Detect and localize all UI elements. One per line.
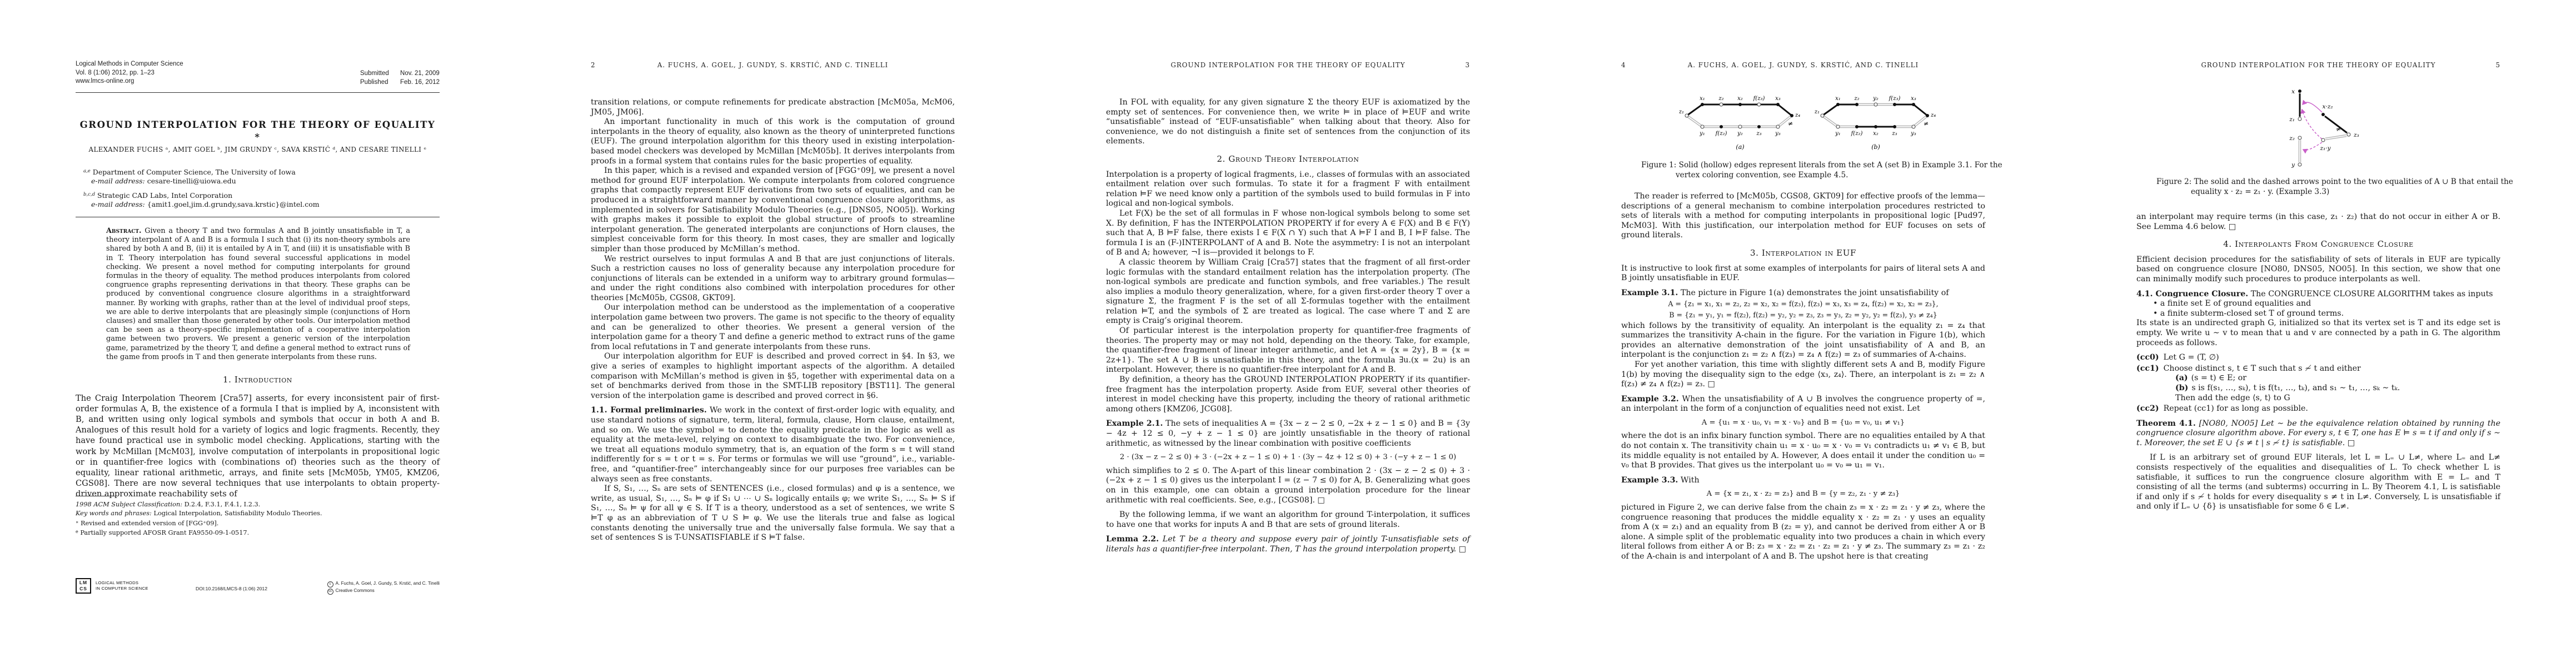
cc2-step: (cc2)Repeat (cc1) for as long as possibl… <box>2136 404 2500 414</box>
cc-text: Creative Commons <box>336 588 375 593</box>
disequality-icon: ≠ <box>1924 120 1929 127</box>
cc1-then: Then add the edge ⟨s, t⟩ to G <box>2136 394 2500 404</box>
lmcs-logo-lm: LM <box>77 580 90 586</box>
abstract-rule <box>76 217 440 217</box>
vertex-x-z2 <box>2321 113 2325 116</box>
submission-dates: SubmittedNov. 21, 2009 PublishedFeb. 16,… <box>360 69 440 87</box>
cc-line: ccCreative Commons <box>327 588 440 595</box>
vertex-label: y₃ <box>1775 131 1781 137</box>
vertex-y3 <box>1912 125 1915 128</box>
vertex-x2 <box>1874 125 1877 128</box>
vertex-z4 <box>1790 114 1793 117</box>
document-canvas: { "colors": {"ink": "#1a1a1a", "edge_gra… <box>0 0 2576 667</box>
section-heading-1: 1. Introduction <box>76 375 440 385</box>
paragraph: Let F(X) be the set of all formulas in F… <box>1106 209 1470 258</box>
vertex-label: z₁ <box>1679 109 1684 115</box>
paragraph: By the following lemma, if we want an al… <box>1106 510 1470 530</box>
vertex-fz3 <box>1757 103 1761 106</box>
vertex-label: x₂ <box>1873 131 1879 137</box>
vertex-x3 <box>1776 103 1780 106</box>
example-3-3-text: With <box>1681 476 1700 485</box>
vertex-y2 <box>1738 125 1742 128</box>
bullet-text: a finite set E of ground equalities and <box>2160 299 2311 308</box>
vertex-fz3 <box>1893 103 1896 106</box>
affil-2-mark: b,c,d <box>83 192 95 197</box>
cc1-label: (cc1) <box>2136 364 2159 373</box>
section-heading-2: 2. Ground Theory Interpolation <box>1106 155 1470 165</box>
doi-text[interactable]: DOI:10.2168/LMCS-8 (1:06) 2012 <box>196 586 267 591</box>
vertex-label: z₃ <box>1756 131 1761 137</box>
vertex-label: z₂ <box>1853 96 1859 102</box>
bullet-icon: • <box>2153 299 2158 308</box>
authors-line: ALEXANDER FUCHS ᵃ, AMIT GOEL ᵇ, JIM GRUN… <box>76 146 440 153</box>
vertex-z2 <box>1855 103 1858 106</box>
affil-1-text: Department of Computer Science, The Univ… <box>93 168 296 176</box>
cc0-label: (cc0) <box>2136 353 2159 362</box>
vertex-x2 <box>1738 103 1742 106</box>
affil-1-mark: a,e <box>83 168 91 174</box>
cc1a-label: (a) <box>2175 374 2188 382</box>
vertex-label: f(z₃) <box>1753 96 1765 102</box>
paragraph: It is instructive to look first at some … <box>1621 264 1985 283</box>
cc2-label: (cc2) <box>2136 404 2159 413</box>
footnote-grant-text: Partially supported AFOSR Grant FA9550-0… <box>80 529 249 536</box>
vertex-y <box>2298 163 2301 166</box>
abstract-text: Given a theory T and two formulas A and … <box>106 227 410 361</box>
subsection-1-1-text: We work in the context of first-order lo… <box>591 406 955 483</box>
paragraph: In FOL with equality, for any given sign… <box>1106 98 1470 147</box>
figure-2-caption: Figure 2: The solid and the dashed arrow… <box>2136 177 2524 197</box>
paragraph: The reader is referred to [McM05b, CGS08… <box>1621 192 1985 241</box>
footnote-e-mark: e <box>76 529 78 534</box>
affil-2-text: Strategic CAD Labs, Intel Corporation <box>97 191 232 200</box>
email-1: e-mail address: cesare-tinelli@uiowa.edu <box>83 177 439 186</box>
page-number: 5 <box>2495 61 2500 69</box>
figure-1b-tag: (b) <box>1871 143 1880 151</box>
footnote-rule <box>76 496 116 496</box>
figure-1b-graph: x₁ z₂ y₂ f(z₃) x₃ z₁ z₄ y₁ f(z₂) x₂ z₃ y… <box>1815 94 1941 152</box>
disequality-icon: ≠ <box>2336 126 2341 133</box>
paragraph: Its state is an undirected graph G, init… <box>2136 318 2500 348</box>
vertex-x1 <box>1836 103 1840 106</box>
vertex-x3 <box>1912 103 1915 106</box>
paragraph: which simplifies to 2 ≤ 0. The A-part of… <box>1106 466 1470 505</box>
vertex-fz2 <box>1855 125 1858 128</box>
subsection-1-1-label: 1.1. Formal preliminaries. <box>591 406 707 415</box>
figure-1: x₁ z₂ x₂ f(z₃) x₃ z₁ z₄ y₁ f(z₂) y₂ z₃ y… <box>1621 94 1985 157</box>
vertex-label: z₄ <box>1930 112 1936 118</box>
cc1b-step: (b)s is f(s₁, …, sₖ), t is f(t₁, …, tₖ),… <box>2136 384 2500 394</box>
email-2: e-mail address: {amit1.goel,jim.d.grundy… <box>83 200 439 209</box>
example-3-2-label: Example 3.2. <box>1621 395 1679 404</box>
abstract-label: Abstract. <box>106 227 142 235</box>
footnote-keywords-text: Logical Interpolation, Satisfiability Mo… <box>153 510 322 517</box>
body-column: an interpolant may require terms (in thi… <box>2136 212 2500 512</box>
vertex-z3 <box>1893 125 1896 128</box>
lemma-2-2-label: Lemma 2.2. <box>1106 535 1159 544</box>
email-2-address[interactable]: {amit1.goel,jim.d.grundy,sava.krstic}@in… <box>147 200 320 208</box>
paragraph: which follows by the transitivity of equ… <box>1621 321 1985 360</box>
journal-footer: LM CS LOGICAL METHODS IN COMPUTER SCIENC… <box>76 578 440 600</box>
disequality-icon: ≠ <box>1788 120 1793 127</box>
vertex-label: x₃ <box>1911 96 1916 102</box>
footnote-acm-text: D.2.4, F.3.1, F.4.1, I.2.3. <box>185 501 261 508</box>
affiliations: a,e Department of Computer Science, The … <box>83 162 439 209</box>
display-equation: A = {x = z₁, x · z₂ = z₃} and B = {y = z… <box>1621 489 1985 499</box>
vertex-fz2 <box>1720 125 1723 128</box>
vertex-z1 <box>1821 114 1824 117</box>
page-1: Logical Methods in Computer Science Vol.… <box>0 0 515 667</box>
vertex-label: x₃ <box>1775 96 1781 102</box>
paragraph: Our interpolation algorithm for EUF is d… <box>591 352 955 401</box>
vertex-label: x·z₂ <box>2322 103 2333 110</box>
vertex-x <box>2298 89 2301 93</box>
figure-1a-tag: (a) <box>1736 143 1744 151</box>
journal-name: Logical Methods in Computer Science <box>76 60 440 69</box>
lemma-2-2: Lemma 2.2. Let T be a theory and suppose… <box>1106 535 1470 554</box>
email-1-address[interactable]: cesare-tinelli@uiowa.edu <box>147 177 236 185</box>
vertex-x1 <box>1701 103 1704 106</box>
example-2-1-label: Example 2.1. <box>1106 419 1163 428</box>
cc0-step: (cc0)Let G = (T, ∅) <box>2136 353 2500 363</box>
vertex-z3 <box>1757 125 1761 128</box>
footnote-keywords: Key words and phrases: Logical Interpola… <box>76 509 440 518</box>
cc1b-text: s is f(s₁, …, sₖ), t is f(t₁, …, tₖ), an… <box>2191 384 2400 392</box>
display-equation: A = {z₁ = x₁, x₁ = z₂, z₂ = x₂, x₂ = f(z… <box>1621 299 1985 309</box>
vertex-label: y₁ <box>1699 131 1705 137</box>
lmcs-wordmark-line2: IN COMPUTER SCIENCE <box>96 586 148 591</box>
example-2-1: Example 2.1. The sets of inequalities A … <box>1106 419 1470 449</box>
header-rule <box>76 92 440 93</box>
paragraph: Of particular interest is the interpolat… <box>1106 326 1470 375</box>
vertex-y1 <box>1701 125 1704 128</box>
cc1a-step: (a)(s = t) ∈ E; or <box>2136 374 2500 384</box>
theorem-4-1-label: Theorem 4.1. <box>2136 419 2196 428</box>
vertex-label: f(z₃) <box>1889 96 1901 102</box>
cc0-text: Let G = (T, ∅) <box>2164 353 2219 362</box>
published-date: Feb. 16, 2012 <box>400 78 440 87</box>
example-3-3: Example 3.3. With <box>1621 476 1985 486</box>
paragraph: We restrict ourselves to input formulas … <box>591 255 955 303</box>
dashed-arrow <box>2303 142 2322 150</box>
abstract: Abstract. Given a theory T and two formu… <box>106 227 410 362</box>
section-heading-4: 4. Interpolants From Congruence Closure <box>2136 240 2500 250</box>
page-4: 4 A. FUCHS, A. GOEL, J. GUNDY, S. KRSTIĆ… <box>1546 0 2061 667</box>
vertex-label: y₃ <box>1910 131 1916 137</box>
published-label: Published <box>360 78 400 87</box>
footnote-acm-label: 1998 ACM Subject Classification: <box>76 501 182 508</box>
paper-title: GROUND INTERPOLATION FOR THE THEORY OF E… <box>76 120 440 141</box>
paragraph: where the dot is an infix binary functio… <box>1621 431 1985 470</box>
affiliation-2: b,c,d Strategic CAD Labs, Intel Corporat… <box>83 190 439 200</box>
running-head-text: GROUND INTERPOLATION FOR THE THEORY OF E… <box>2136 61 2500 69</box>
figure-2-graph: x z₁ x·z₂ z₃ z₂ z₁·y y ≠ <box>2272 83 2389 171</box>
page-number: 3 <box>1465 61 1470 69</box>
vertex-label: z₃ <box>1891 131 1897 137</box>
subsection-4-1: 4.1. Congruence Closure. The CONGRUENCE … <box>2136 290 2500 300</box>
example-3-1: Example 3.1. The picture in Figure 1(a) … <box>1621 288 1985 298</box>
footnote-star-mark: ∗ <box>76 520 78 525</box>
subsection-4-1-label: 4.1. Congruence Closure. <box>2136 290 2248 298</box>
footnotes: 1998 ACM Subject Classification: D.2.4, … <box>76 500 440 537</box>
vertex-z2 <box>2298 136 2301 140</box>
footnote-grant: e Partially supported AFOSR Grant FA9550… <box>76 527 440 537</box>
bullet-item: • a finite subterm-closed set T of groun… <box>2136 309 2500 319</box>
copyright-icon: c <box>327 581 333 588</box>
example-3-3-label: Example 3.3. <box>1621 476 1678 485</box>
example-3-1-label: Example 3.1. <box>1621 288 1678 297</box>
vertex-z3 <box>2347 133 2350 136</box>
vertex-z2 <box>1720 103 1723 106</box>
copyright-line: cA. Fuchs, A. Goel, J. Gundy, S. Krstić,… <box>327 580 440 588</box>
email-1-label: e-mail address: <box>91 177 145 185</box>
cc1-text: Choose distinct s, t ∈ T such that s ≁ t… <box>2164 364 2361 373</box>
page-3: GROUND INTERPOLATION FOR THE THEORY OF E… <box>1030 0 1546 667</box>
vertex-label: z₃ <box>2353 132 2359 138</box>
footnote-acm: 1998 ACM Subject Classification: D.2.4, … <box>76 500 440 509</box>
paragraph: pictured in Figure 2, we can derive fals… <box>1621 503 1985 562</box>
vertex-label: y₂ <box>1872 96 1879 102</box>
paragraph: For yet another variation, this time wit… <box>1621 360 1985 390</box>
affiliation-1: a,e Department of Computer Science, The … <box>83 167 439 177</box>
running-head-text: A. FUCHS, A. GOEL, J. GUNDY, S. KRSTIĆ, … <box>591 61 955 69</box>
lmcs-wordmark: LOGICAL METHODS IN COMPUTER SCIENCE <box>96 580 148 591</box>
theorem-4-1: Theorem 4.1. [NO80, NO05] Let ∼ be the e… <box>2136 419 2500 449</box>
vertex-label: z₄ <box>1795 112 1800 118</box>
vertex-label: z₂ <box>2289 135 2295 142</box>
bullet-text: a finite subterm-closed set T of ground … <box>2160 309 2344 318</box>
vertex-label: z₁·y <box>2319 145 2331 152</box>
paragraph: Efficient decision procedures for the sa… <box>2136 255 2500 285</box>
vertex-label: z₁ <box>2289 116 2295 123</box>
cc1b-label: (b) <box>2175 384 2188 392</box>
vertex-label: z₂ <box>1718 96 1723 102</box>
display-equation: B = {z₁ = y₁, y₁ = f(z₂), f(z₂) = y₂, y₂… <box>1621 310 1985 320</box>
vertex-label: x₂ <box>1737 96 1743 102</box>
running-head-text: A. FUCHS, A. GOEL, J. GUNDY, S. KRSTIĆ, … <box>1621 61 1985 69</box>
lmcs-wordmark-line1: LOGICAL METHODS <box>96 580 148 586</box>
vertex-label: y₁ <box>1835 131 1841 137</box>
example-3-1-text: The picture in Figure 1(a) demonstrates … <box>1681 288 1949 297</box>
vertex-label: z₁ <box>1815 109 1820 115</box>
vertex-z4 <box>1926 114 1929 117</box>
paragraph: An important functionality in much of th… <box>591 117 955 166</box>
solid-arrow <box>2303 102 2322 112</box>
example-3-2: Example 3.2. When the unsatisfiability o… <box>1621 395 1985 414</box>
section-heading-3: 3. Interpolation in EUF <box>1621 248 1985 258</box>
lemma-2-2-text: Let T be a theory and suppose every pair… <box>1106 535 1470 554</box>
display-equation: 2 · (3x − z − 2 ≤ 0) + 3 · (−2x + z − 1 … <box>1106 452 1470 462</box>
subsection-1-1: 1.1. Formal preliminaries. We work in th… <box>591 406 955 484</box>
bullet-item: • a finite set E of ground equalities an… <box>2136 299 2500 309</box>
vertex-label: f(z₂) <box>1715 131 1727 137</box>
paragraph: an interpolant may require terms (in thi… <box>2136 212 2500 232</box>
vertex-label: y <box>2291 162 2295 168</box>
paragraph: A classic theorem by William Craig [Cra5… <box>1106 258 1470 326</box>
lmcs-logo: LM CS <box>76 578 91 594</box>
cc1a-text: (s = t) ∈ E; or <box>2191 374 2246 382</box>
cc1-step: (cc1)Choose distinct s, t ∈ T such that … <box>2136 364 2500 374</box>
journal-header: Logical Methods in Computer Science Vol.… <box>76 60 440 86</box>
vertex-z1-y <box>2321 138 2325 142</box>
paragraph: By definition, a theory has the GROUND I… <box>1106 375 1470 414</box>
cc2-text: Repeat (cc1) for as long as possible. <box>2164 404 2308 413</box>
intro-paragraph: The Craig Interpolation Theorem [Cra57] … <box>76 393 440 500</box>
page-5: GROUND INTERPOLATION FOR THE THEORY OF E… <box>2061 0 2576 667</box>
vertex-label: f(z₂) <box>1851 131 1863 137</box>
footnote-revised-text: Revised and extended version of [FGG⁺09]… <box>81 520 218 527</box>
vertex-z1 <box>1685 114 1688 117</box>
submitted-date: Nov. 21, 2009 <box>400 69 440 78</box>
body-column: The reader is referred to [McM05b, CGS08… <box>1621 192 1985 562</box>
display-equation: A = {u₁ = x · u₀, v₁ = x · v₀} and B = {… <box>1621 418 1985 428</box>
body-column: transition relations, or compute refinem… <box>591 98 955 543</box>
footnote-keywords-label: Key words and phrases: <box>76 510 152 517</box>
copyright-text: A. Fuchs, A. Goel, J. Gundy, S. Krstić, … <box>336 581 440 586</box>
vertex-y2 <box>1874 103 1877 106</box>
vertex-y3 <box>1776 125 1780 128</box>
running-head-text: GROUND INTERPOLATION FOR THE THEORY OF E… <box>1106 61 1470 69</box>
vertex-label: x₁ <box>1835 96 1841 102</box>
submitted-label: Submitted <box>360 69 400 78</box>
email-2-label: e-mail address: <box>91 200 145 208</box>
paragraph: If L is an arbitrary set of ground EUF l… <box>2136 453 2500 512</box>
vertex-label: y₂ <box>1737 131 1743 137</box>
page-2: 2 A. FUCHS, A. GOEL, J. GUNDY, S. KRSTIĆ… <box>515 0 1030 667</box>
vertex-y1 <box>1836 125 1840 128</box>
paragraph: If S, S₁, …, Sₙ are sets of SENTENCES (i… <box>591 484 955 543</box>
rights-block: cA. Fuchs, A. Goel, J. Gundy, S. Krstić,… <box>327 580 440 595</box>
paragraph: Interpolation is a property of logical f… <box>1106 170 1470 209</box>
vertex-label: x <box>2291 88 2295 95</box>
paragraph: Our interpolation method can be understo… <box>591 303 955 352</box>
subsection-4-1-text: The CONGRUENCE CLOSURE ALGORITHM takes a… <box>2251 290 2493 298</box>
lmcs-logo-cs: CS <box>77 586 90 592</box>
cc-icon: cc <box>327 589 333 595</box>
footnote-revised: ∗ Revised and extended version of [FGG⁺0… <box>76 518 440 528</box>
paragraph: transition relations, or compute refinem… <box>591 98 955 117</box>
dashed-arrow <box>2302 109 2322 139</box>
figure-1-caption: Figure 1: Solid (hollow) edges represent… <box>1621 160 2009 180</box>
body-column: In FOL with equality, for any given sign… <box>1106 98 1470 555</box>
vertex-z1 <box>2298 117 2301 121</box>
paragraph: In this paper, which is a revised and ex… <box>591 166 955 254</box>
vertex-label: x₁ <box>1700 96 1705 102</box>
bullet-icon: • <box>2153 309 2158 318</box>
figure-1a-graph: x₁ z₂ x₂ f(z₃) x₃ z₁ z₄ y₁ f(z₂) y₂ z₃ y… <box>1679 94 1806 152</box>
